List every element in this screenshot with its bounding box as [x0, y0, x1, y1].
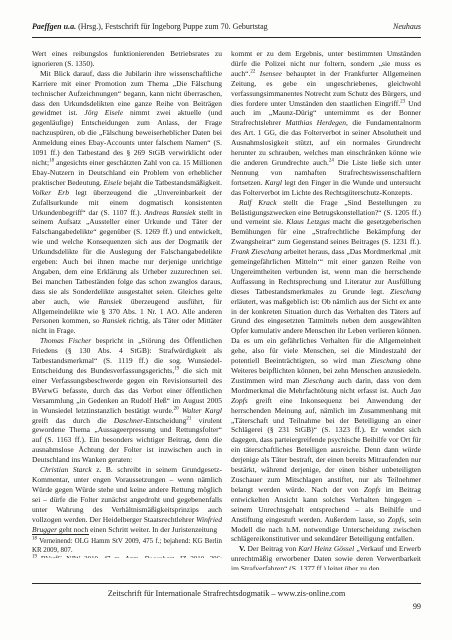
- left-footnote-block: 18 Verneinend: OLG Hamm StV 2009, 475 f.…: [32, 534, 222, 558]
- right-column: kommt er zu dem Ergebnis, unter bestimmt…: [231, 49, 421, 570]
- journal-title-line: Zeitschrift für Internationale Strafrech…: [32, 589, 421, 598]
- header-rule: [32, 37, 421, 38]
- journal-page: Paeffgen u.a. (Hrsg.), Festschrift für I…: [0, 0, 452, 640]
- running-head-editors: Paeffgen u.a.: [32, 22, 76, 31]
- page-footer: Zeitschrift für Internationale Strafrech…: [32, 583, 421, 611]
- body-paragraph: Mit Blick darauf, dass die Jubilarin ihr…: [32, 69, 222, 336]
- running-head-author: Neuhaus: [393, 22, 421, 32]
- left-column: Wert eines reibungslos funktionierenden …: [32, 49, 222, 558]
- body-paragraph: Wert eines reibungslos funktionierenden …: [32, 49, 222, 69]
- body-paragraph: Ralf Krack stellt die Frage „Sind Bestel…: [231, 198, 421, 545]
- body-paragraph: kommt er zu dem Ergebnis, unter bestimmt…: [231, 49, 421, 198]
- two-column-body: Wert eines reibungslos funktionierenden …: [32, 49, 421, 570]
- running-head: Paeffgen u.a. (Hrsg.), Festschrift für I…: [32, 22, 421, 32]
- footnote: 18 Verneinend: OLG Hamm StV 2009, 475 f.…: [32, 538, 222, 556]
- page-number: 99: [32, 602, 421, 611]
- body-paragraph: V. Der Beitrag von Karl Heinz Gössel „Ve…: [231, 544, 421, 570]
- running-head-left: Paeffgen u.a. (Hrsg.), Festschrift für I…: [32, 22, 268, 32]
- footnote: 19 BVerfG NJW 2010, 47 m. Anm. Degenhart…: [32, 556, 222, 558]
- footnote-separator: [32, 534, 89, 535]
- running-head-book-title: (Hrsg.), Festschrift für Ingeborg Puppe …: [76, 22, 268, 31]
- body-paragraph: Thomas Fischer bespricht in „Störung des…: [32, 336, 222, 465]
- body-paragraph: Christian Starck z. B. schreibt in seine…: [32, 465, 222, 534]
- footer-rule: [32, 583, 421, 584]
